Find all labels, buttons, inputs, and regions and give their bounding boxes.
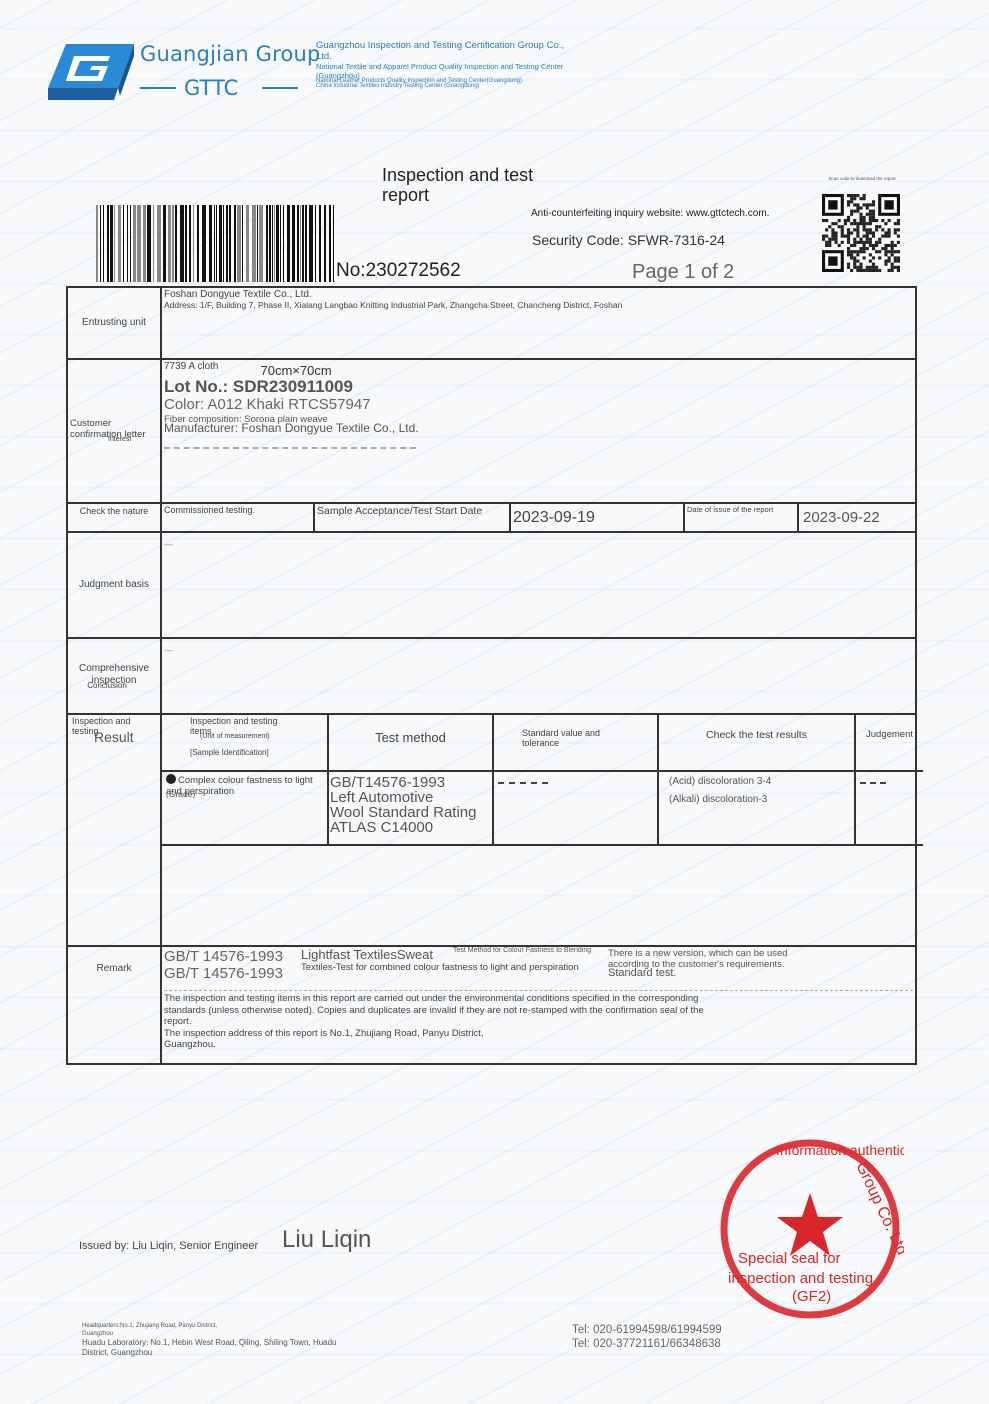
page-number: Page 1 of 2 (632, 261, 734, 284)
report-title: Inspection and test report (382, 165, 582, 205)
method-line: Left Automotive (330, 790, 491, 805)
remark-body: The inspection address of this report is… (164, 1028, 494, 1051)
org-line: Guangzhou Inspection and Testing Certifi… (316, 40, 566, 62)
report-number: No:230272562 (336, 260, 461, 282)
entrusting-unit-label: Entrusting unit (68, 288, 162, 358)
header-standard: Standard value and tolerance (494, 715, 659, 770)
entrusting-unit-row: Entrusting unit Foshan Dongyue Textile C… (68, 288, 915, 360)
security-code: Security Code: SFWR-7316-24 (532, 232, 725, 248)
manufacturer: Manufacturer: Foshan Dongyue Textile Co.… (164, 422, 913, 435)
result-row: Complex colour fastness to light and per… (162, 772, 923, 846)
customer-label: Customer confirmation letter Interest (68, 360, 162, 502)
result-item: Complex colour fastness to light and per… (162, 772, 329, 844)
sample-color: Color: A012 Khaki RTCS57947 (164, 396, 913, 414)
organization-names: Guangzhou Inspection and Testing Certifi… (316, 40, 566, 90)
judgment-basis-value: ----- (164, 540, 172, 549)
addresses: Headquarters:No.1, Zhujiang Road, Panyu … (82, 1322, 342, 1358)
start-date: 2023-09-19 (511, 504, 685, 531)
conclusion-row: Comprehensive inspection Conclusion ----… (68, 639, 915, 715)
method-line: GB/T14576-1993 (330, 775, 491, 790)
conclusion-label-sub: Conclusion (70, 681, 130, 690)
entrusting-unit-address: Address: 1/F, Building 7, Phase II, Xial… (164, 300, 913, 311)
phone-1: Tel: 020-61994598/61994599 (572, 1323, 722, 1337)
brand-code-text: GTTC (184, 76, 238, 100)
lab-address: Huadu Laboratory: No.1, Hebin West Road,… (82, 1338, 342, 1358)
nature-label: Check the nature (68, 504, 162, 531)
header-unit: (Unit of measurement) (190, 732, 299, 742)
issue-date-label: Date of issue of the report (685, 504, 799, 531)
headquarters-address: Headquarters:No.1, Zhujiang Road, Panyu … (82, 1322, 232, 1338)
qr-code-icon[interactable] (822, 194, 900, 272)
remark-standard: GB/T 14576-1993 (164, 965, 283, 982)
results-header: Inspection and testing items (Unit of me… (162, 715, 923, 772)
start-date-label: Sample Acceptance/Test Start Date (315, 504, 511, 531)
results-row: Inspection and testing Result Inspection… (68, 715, 915, 947)
sample-name: 7739 A cloth (164, 361, 219, 378)
empty-area (162, 846, 923, 945)
seal-code: (GF2) (792, 1288, 831, 1305)
seal-top-text: Information authentication (776, 1142, 904, 1158)
result-values: (Acid) discoloration 3-4 (Alkali) discol… (659, 772, 856, 844)
empty-value-dashes (860, 782, 886, 784)
result-judgement (856, 772, 923, 844)
method-line: Wool Standard Rating (330, 805, 491, 820)
anti-counterfeit-website: Anti-counterfeiting inquiry website: www… (531, 208, 769, 219)
remark-row: Remark GB/T 14576-1993 GB/T 14576-1993 L… (68, 947, 915, 1063)
divider (262, 87, 298, 89)
divider (140, 87, 176, 89)
gttc-logo-icon (48, 44, 134, 100)
header-sample: [Sample Identification] (190, 742, 299, 758)
signature: Liu Liqin (282, 1226, 371, 1254)
seal-bottom-2: inspection and testing (728, 1270, 873, 1287)
brand-name: Guangjian Group (140, 42, 321, 66)
conclusion-value: ----- (164, 646, 172, 655)
lot-number: Lot No.: SDR230911009 (164, 378, 913, 396)
empty-value-dashes (498, 782, 548, 784)
remark-desc-2: Textiles-Test for combined colour fastne… (301, 962, 601, 974)
divider (164, 990, 913, 991)
barcode-icon (96, 205, 334, 282)
brand-code: GTTC (140, 76, 302, 100)
result-method: GB/T14576-1993 Left Automotive Wool Stan… (329, 772, 494, 844)
customer-row: Customer confirmation letter Interest 77… (68, 360, 915, 504)
bullet-icon (166, 774, 176, 784)
seal-bottom-1: Special seal for (738, 1250, 841, 1267)
remark-body: The inspection and testing items in this… (164, 993, 724, 1028)
method-line: ATLAS C14000 (330, 820, 491, 835)
org-line: China Industrial Textiles Industry Testi… (316, 83, 566, 90)
report-table: Entrusting unit Foshan Dongyue Textile C… (66, 286, 917, 1065)
judgment-basis-row: Judgment basis ----- (68, 533, 915, 639)
qr-caption: Scan code to download the report (822, 176, 902, 181)
nature-value: Commissioned testing. (162, 504, 315, 531)
divider (164, 447, 416, 449)
entrusting-unit-name: Foshan Dongyue Textile Co., Ltd. (164, 289, 913, 300)
conclusion-label: Comprehensive inspection Conclusion (68, 639, 162, 713)
header-method: Test method (329, 715, 494, 770)
remark-label: Remark (68, 947, 162, 1063)
result-standard (494, 772, 659, 844)
header-judgement: Judgement (856, 715, 923, 770)
nature-row: Check the nature Commissioned testing. S… (68, 504, 915, 533)
results-label: Inspection and testing Result (68, 715, 162, 945)
remark-desc-small: Test Method for Colour Fastness to Blend… (453, 947, 593, 955)
issued-by: Issued by: Liu Liqin, Senior Engineer (79, 1240, 258, 1252)
issue-date: 2023-09-22 (799, 504, 915, 531)
result-grade: (Grade) (166, 789, 196, 800)
remark-standard: GB/T 14576-1993 (164, 948, 283, 965)
result-acid: (Acid) discoloration 3-4 (669, 773, 844, 791)
phone-2: Tel: 020-37721161/66348638 (572, 1337, 722, 1351)
official-seal-icon: Information authentication Special seal … (716, 1135, 904, 1323)
judgment-basis-label: Judgment basis (68, 533, 162, 637)
header-results: Check the test results (659, 715, 856, 770)
results-label-big: Result (72, 730, 134, 744)
result-alkali: (Alkali) discoloration-3 (669, 791, 844, 809)
header-items: Inspection and testing items (Unit of me… (162, 715, 329, 770)
sample-size: 70cm×70cm (261, 363, 332, 378)
phone-numbers: Tel: 020-61994598/61994599 Tel: 020-3772… (572, 1323, 722, 1351)
